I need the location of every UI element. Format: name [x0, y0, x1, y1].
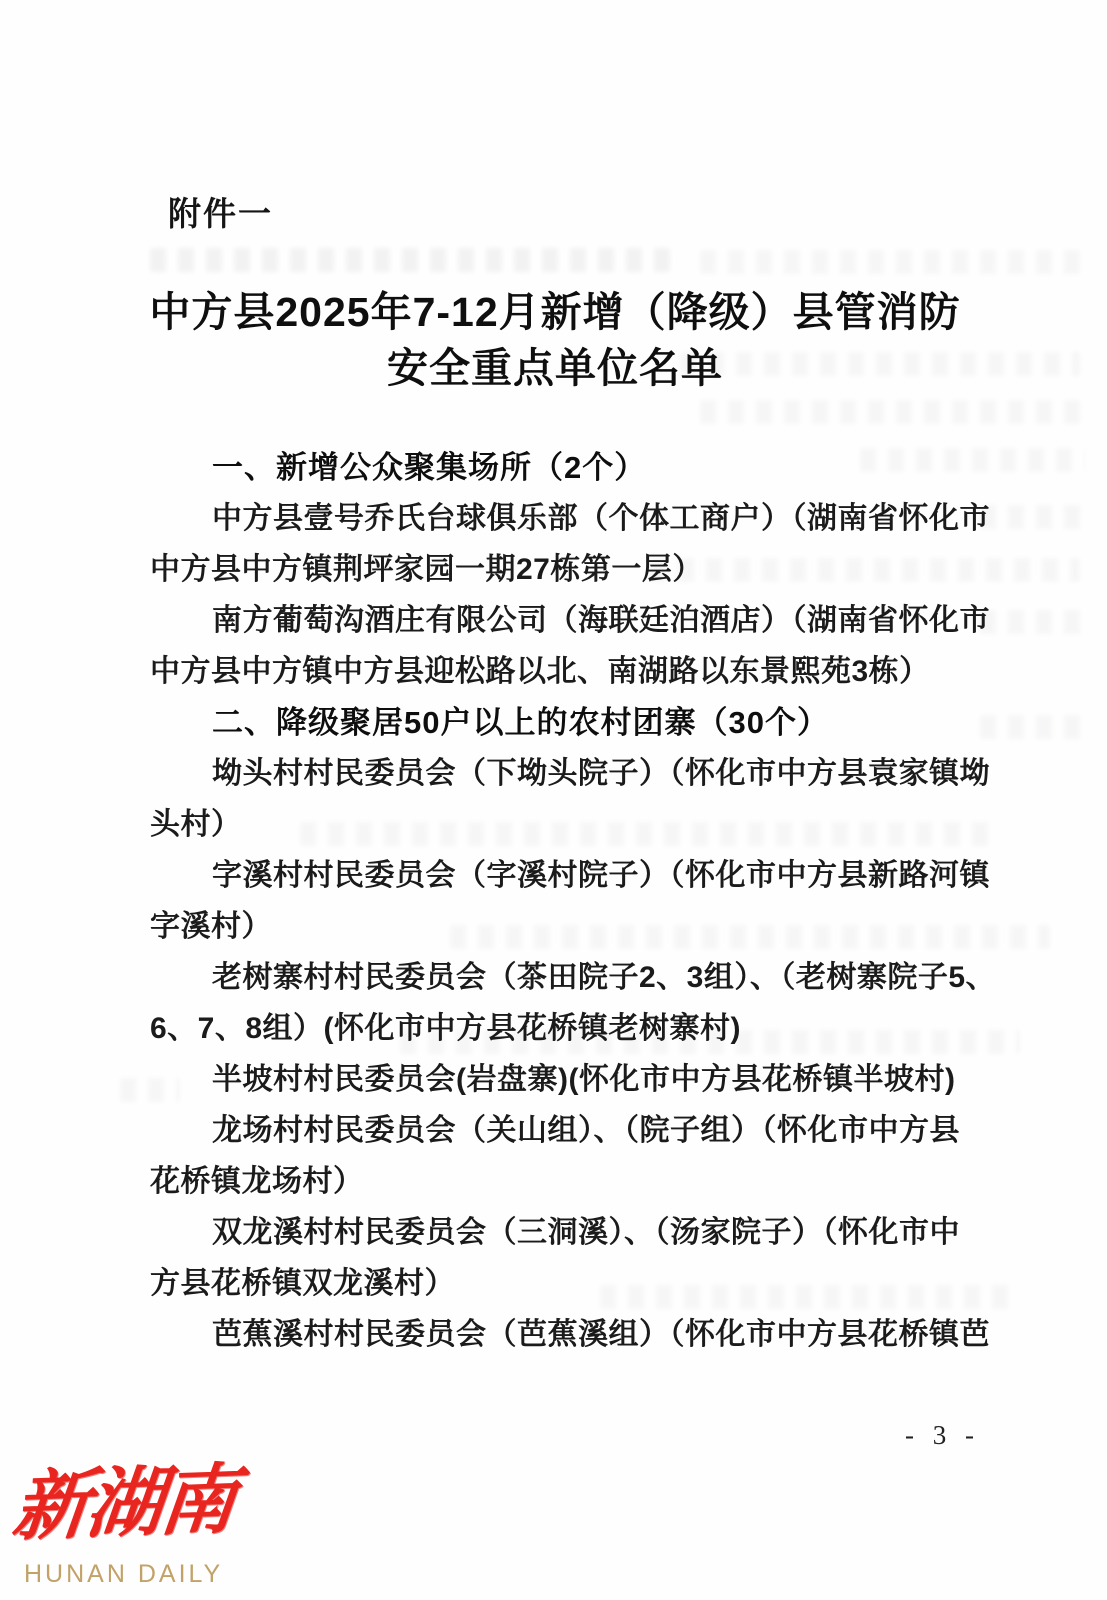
bleed-through-ghost	[700, 400, 1080, 424]
page-number: - 3 -	[905, 1420, 980, 1451]
entry-line: 方县花桥镇双龙溪村）	[150, 1258, 962, 1309]
entry-line: 半坡村村民委员会(岩盘寨)(怀化市中方县花桥镇半坡村)	[150, 1054, 962, 1105]
document-title-line2: 安全重点单位名单	[90, 340, 1020, 396]
hunan-daily-logo: 新湖南 HUNAN DAILY	[8, 1458, 248, 1589]
section-2-heading: 二、降级聚居50户以上的农村团寨（30个）	[150, 697, 962, 748]
document-title-line1: 中方县2025年7-12月新增（降级）县管消防	[90, 284, 1020, 340]
entry-line: 老树寨村村民委员会（茶田院子2、3组）、（老树寨院子5、	[150, 952, 962, 1003]
bleed-through-ghost	[700, 250, 1080, 274]
bleed-through-ghost	[980, 610, 1090, 634]
entry-line: 双龙溪村村民委员会（三洞溪）、（汤家院子）（怀化市中	[150, 1207, 962, 1258]
entry-line: 花桥镇龙场村）	[150, 1156, 962, 1207]
entry-line: 龙场村村民委员会（关山组）、（院子组）（怀化市中方县	[150, 1105, 962, 1156]
bleed-through-ghost	[980, 715, 1090, 739]
entry-line: 头村）	[150, 799, 962, 850]
bleed-through-ghost	[150, 248, 670, 272]
entry-line: 字溪村村民委员会（字溪村院子）（怀化市中方县新路河镇	[150, 850, 962, 901]
document-body: 一、新增公众聚集场所（2个） 中方县壹号乔氏台球俱乐部（个体工商户）（湖南省怀化…	[150, 442, 962, 1360]
entry-line: 中方县壹号乔氏台球俱乐部（个体工商户）（湖南省怀化市	[150, 493, 962, 544]
entry-line: 中方县中方镇荆坪家园一期27栋第一层）	[150, 544, 962, 595]
entry-line: 坳头村村民委员会（下坳头院子）（怀化市中方县袁家镇坳	[150, 748, 962, 799]
logo-english-text: HUNAN DAILY	[8, 1560, 248, 1589]
entry-line: 6、7、8组）(怀化市中方县花桥镇老树寨村)	[150, 1003, 962, 1054]
document-title: 中方县2025年7-12月新增（降级）县管消防 安全重点单位名单	[90, 284, 1020, 396]
attachment-label: 附件一	[168, 188, 273, 235]
entry-line: 字溪村）	[150, 901, 962, 952]
scanned-document-page: 附件一 中方县2025年7-12月新增（降级）县管消防 安全重点单位名单 一、新…	[0, 0, 1107, 1600]
entry-line: 中方县中方镇中方县迎松路以北、南湖路以东景熙苑3栋）	[150, 646, 962, 697]
section-1-heading: 一、新增公众聚集场所（2个）	[150, 442, 962, 493]
logo-chinese-calligraphy: 新湖南	[8, 1450, 260, 1558]
bleed-through-ghost	[980, 505, 1090, 529]
entry-line: 南方葡萄沟酒庄有限公司（海联廷泊酒店）（湖南省怀化市	[150, 595, 962, 646]
entry-line: 芭蕉溪村村民委员会（芭蕉溪组）（怀化市中方县花桥镇芭	[150, 1309, 962, 1360]
